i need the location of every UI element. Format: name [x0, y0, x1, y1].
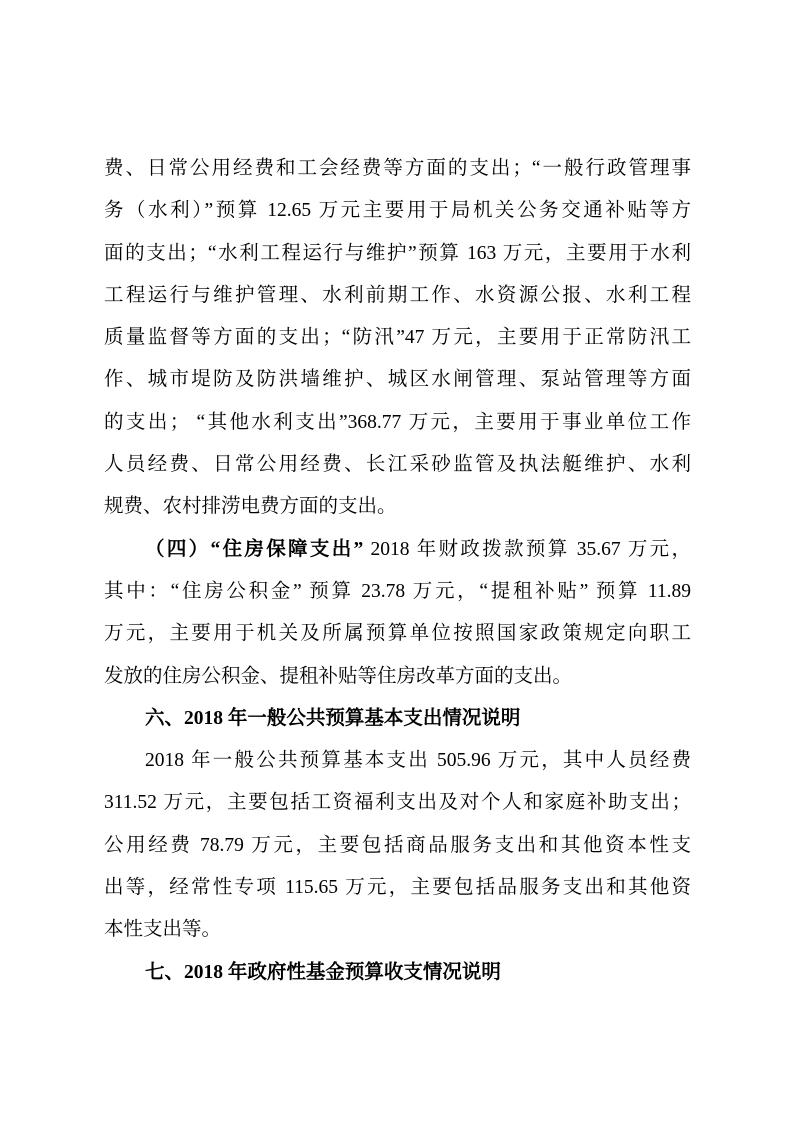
body-line-5: 质量监督等方面的支出；“防汛”47 万元，主要用于正常防汛工: [104, 317, 691, 359]
body-line-12: 万元，主要用于机关及所属预算单位按照国家政策规定向职工: [104, 613, 691, 655]
paragraph-four-lead-line: （四）“住房保障支出” 2018 年财政拨款预算 35.67 万元，: [104, 529, 691, 571]
body-line-8: 人员经费、日常公用经费、长江采砂监管及执法艇维护、水利: [104, 444, 691, 486]
document-page: 费、日常公用经费和工会经费等方面的支出；“一般行政管理事 务（水利）”预算 12…: [0, 0, 793, 1122]
body-line-3: 面的支出；“水利工程运行与维护”预算 163 万元，主要用于水利: [104, 233, 691, 275]
body-line-19: 本性支出等。: [104, 909, 691, 951]
body-line-6: 作、城市堤防及防洪墙维护、城区水闸管理、泵站管理等方面: [104, 359, 691, 401]
paragraph-four-lead-text: 2018 年财政拨款预算 35.67 万元，: [363, 539, 691, 560]
body-line-16: 311.52 万元，主要包括工资福利支出及对个人和家庭补助支出；: [104, 782, 691, 824]
body-line-4: 工程运行与维护管理、水利前期工作、水资源公报、水利工程: [104, 275, 691, 317]
paragraph-four-label: （四）“住房保障支出”: [145, 539, 363, 560]
body-line-1: 费、日常公用经费和工会经费等方面的支出；“一般行政管理事: [104, 148, 691, 190]
body-line-9: 规费、农村排涝电费方面的支出。: [104, 486, 691, 528]
body-line-15: 2018 年一般公共预算基本支出 505.96 万元，其中人员经费: [104, 740, 691, 782]
section-heading-seven: 七、2018 年政府性基金预算收支情况说明: [104, 952, 691, 994]
body-line-2: 务（水利）”预算 12.65 万元主要用于局机关公务交通补贴等方: [104, 190, 691, 232]
body-line-11: 其中：“住房公积金” 预算 23.78 万元，“提租补贴” 预算 11.89: [104, 571, 691, 613]
section-heading-six: 六、2018 年一般公共预算基本支出情况说明: [104, 698, 691, 740]
body-line-13: 发放的住房公积金、提租补贴等住房改革方面的支出。: [104, 656, 691, 698]
text-block: 费、日常公用经费和工会经费等方面的支出；“一般行政管理事 务（水利）”预算 12…: [104, 148, 691, 994]
body-line-18: 出等，经常性专项 115.65 万元，主要包括品服务支出和其他资: [104, 867, 691, 909]
body-line-7: 的支出； “其他水利支出”368.77 万元，主要用于事业单位工作: [104, 402, 691, 444]
body-line-17: 公用经费 78.79 万元，主要包括商品服务支出和其他资本性支: [104, 825, 691, 867]
